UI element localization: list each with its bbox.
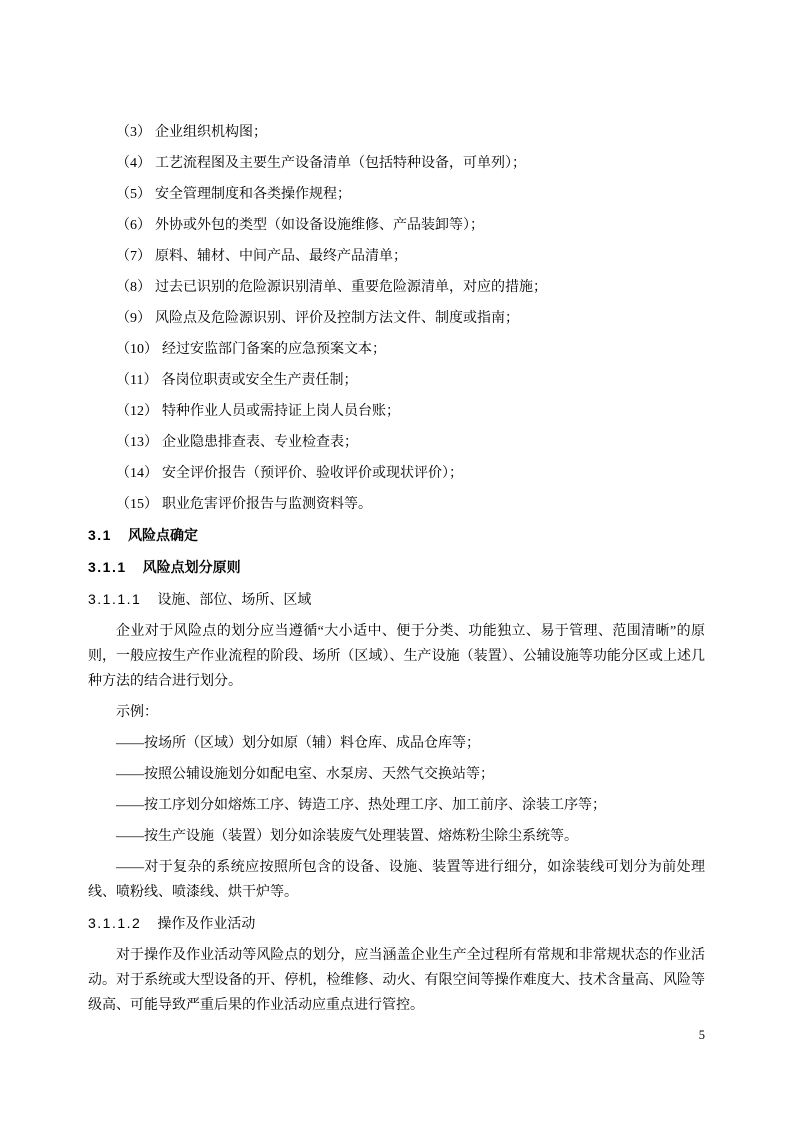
list-item-3: （3）企业组织机构图； [88, 120, 705, 145]
list-item-15: （15）职业危害评价报告与监测资料等。 [88, 492, 705, 517]
section-number: 3.1.1.1 [88, 591, 141, 607]
section-heading-3-1: 3.1风险点确定 [88, 523, 705, 549]
list-item-12: （12）特种作业人员或需持证上岗人员台账； [88, 399, 705, 424]
list-item-text: 原料、辅材、中间产品、最终产品清单； [155, 249, 407, 264]
list-item-8: （8）过去已识别的危险源识别清单、重要危险源清单，对应的措施； [88, 275, 705, 300]
example-item-complex-system: ——对于复杂的系统应按照所包含的设备、设施、装置等进行细分，如涂装线可划分为前处… [88, 855, 705, 905]
list-item-13: （13）企业隐患排查表、专业检查表； [88, 430, 705, 455]
list-item-4: （4）工艺流程图及主要生产设备清单（包括特种设备，可单列）； [88, 151, 705, 176]
section-number: 3.1 [88, 527, 112, 543]
paragraph-division-principle: 企业对于风险点的划分应当遵循“大小适中、便于分类、功能独立、易于管理、范围清晰”… [88, 619, 705, 694]
list-item-text: 企业隐患排查表、专业检查表； [162, 435, 358, 450]
list-item-number: （15） [116, 497, 158, 512]
list-item-number: （12） [116, 404, 158, 419]
section-title: 风险点划分原则 [143, 561, 241, 576]
list-item-text: 各岗位职责或安全生产责任制； [161, 373, 357, 388]
list-item-text: 风险点及危险源识别、评价及控制方法文件、制度或指南； [155, 311, 519, 326]
list-item-number: （9） [116, 311, 151, 326]
section-heading-3-1-1: 3.1.1风险点划分原则 [88, 555, 705, 581]
example-item-place: ——按场所（区域）划分如原（辅）料仓库、成品仓库等； [88, 731, 705, 756]
page-number: 5 [699, 1026, 705, 1044]
document-page: （3）企业组织机构图； （4）工艺流程图及主要生产设备清单（包括特种设备，可单列… [0, 0, 793, 1122]
list-item-number: （6） [116, 218, 151, 233]
list-item-number: （13） [116, 435, 158, 450]
list-item-text: 安全管理制度和各类操作规程； [155, 187, 351, 202]
list-item-text: 企业组织机构图； [155, 125, 267, 140]
list-item-text: 过去已识别的危险源识别清单、重要危险源清单，对应的措施； [155, 280, 547, 295]
example-label: 示例： [88, 700, 705, 725]
example-item-utility: ——按照公辅设施划分如配电室、水泵房、天然气交换站等； [88, 762, 705, 787]
list-item-text: 特种作业人员或需持证上岗人员台账； [162, 404, 400, 419]
list-item-10: （10）经过安监部门备案的应急预案文本； [88, 337, 705, 362]
list-item-9: （9）风险点及危险源识别、评价及控制方法文件、制度或指南； [88, 306, 705, 331]
section-title: 操作及作业活动 [157, 917, 255, 932]
section-heading-3-1-1-1: 3.1.1.1设施、部位、场所、区域 [88, 587, 705, 613]
list-item-text: 职业危害评价报告与监测资料等。 [162, 497, 372, 512]
list-item-number: （5） [116, 187, 151, 202]
list-item-number: （10） [116, 342, 158, 357]
list-item-text: 安全评价报告（预评价、验收评价或现状评价）； [162, 466, 463, 481]
list-item-14: （14）安全评价报告（预评价、验收评价或现状评价）； [88, 461, 705, 486]
list-item-number: （8） [116, 280, 151, 295]
section-number: 3.1.1.2 [88, 915, 141, 931]
list-item-number: （14） [116, 466, 158, 481]
list-item-text: 经过安监部门备案的应急预案文本； [162, 342, 386, 357]
section-title: 设施、部位、场所、区域 [157, 593, 311, 608]
list-item-text: 外协或外包的类型（如设备设施维修、产品装卸等）； [155, 218, 484, 233]
list-item-5: （5）安全管理制度和各类操作规程； [88, 182, 705, 207]
list-item-number: （11） [116, 373, 157, 388]
list-item-number: （7） [116, 249, 151, 264]
section-title: 风险点确定 [128, 529, 198, 544]
paragraph-operation-activity: 对于操作及作业活动等风险点的划分，应当涵盖企业生产全过程所有常规和非常规状态的作… [88, 943, 705, 1018]
list-item-text: 工艺流程图及主要生产设备清单（包括特种设备，可单列）； [155, 156, 526, 171]
example-item-process: ——按工序划分如熔炼工序、铸造工序、热处理工序、加工前序、涂装工序等； [88, 793, 705, 818]
example-item-facility: ——按生产设施（装置）划分如涂装废气处理装置、熔炼粉尘除尘系统等。 [88, 824, 705, 849]
list-item-7: （7）原料、辅材、中间产品、最终产品清单； [88, 244, 705, 269]
section-heading-3-1-1-2: 3.1.1.2操作及作业活动 [88, 911, 705, 937]
list-item-number: （3） [116, 125, 151, 140]
section-number: 3.1.1 [88, 559, 127, 575]
list-item-6: （6）外协或外包的类型（如设备设施维修、产品装卸等）； [88, 213, 705, 238]
list-item-number: （4） [116, 156, 151, 171]
list-item-11: （11）各岗位职责或安全生产责任制； [88, 368, 705, 393]
